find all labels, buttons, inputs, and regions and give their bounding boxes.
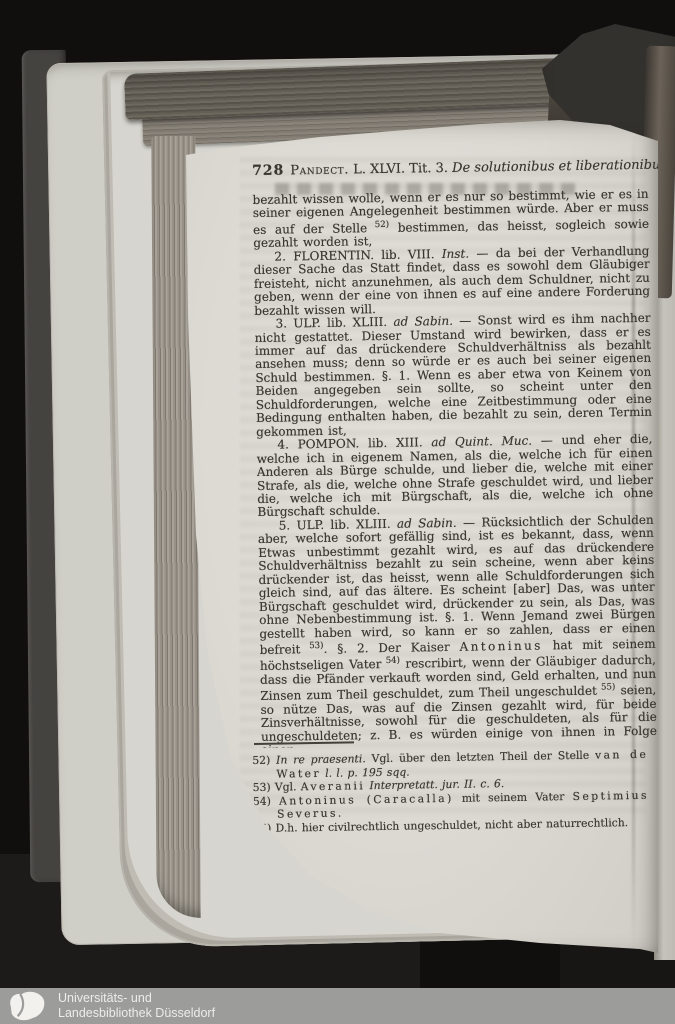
library-name: Universitäts- und Landesbibliothek Düsse… xyxy=(58,991,215,1021)
running-title: Pandect. L. XLVI. Tit. 3. De solutionibu… xyxy=(290,157,671,178)
library-name-line1: Universitäts- und xyxy=(58,991,215,1006)
body-paragraph: 5. ULP. lib. XLIII. ad Sabin. — Rücksich… xyxy=(258,514,658,748)
library-name-line2: Landesbibliothek Düsseldorf xyxy=(58,1006,215,1021)
body-paragraph: 4. POMPON. lib. XIII. ad Quint. Muc. — u… xyxy=(256,433,653,520)
body-paragraph: 3. ULP. lib. XLIII. ad Sabin. — Sonst wi… xyxy=(254,312,652,439)
body-paragraph: 2. FLORENTIN. lib. VIII. Inst. — da bei … xyxy=(253,245,650,318)
footnote-block: 52) In re praesenti. Vgl. über den letzt… xyxy=(252,737,649,836)
page-number: 728 xyxy=(252,162,284,179)
body-paragraph: bezahlt wissen wolle, wenn er es nur so … xyxy=(252,188,649,251)
body-text: bezahlt wissen wolle, wenn er es nur so … xyxy=(252,188,657,748)
page-text-block: 728Pandect. L. XLVI. Tit. 3. De solution… xyxy=(252,157,657,748)
open-book-logo-icon xyxy=(5,989,49,1023)
library-watermark-bar: Universitäts- und Landesbibliothek Düsse… xyxy=(0,988,675,1024)
footnote-separator xyxy=(254,741,354,745)
